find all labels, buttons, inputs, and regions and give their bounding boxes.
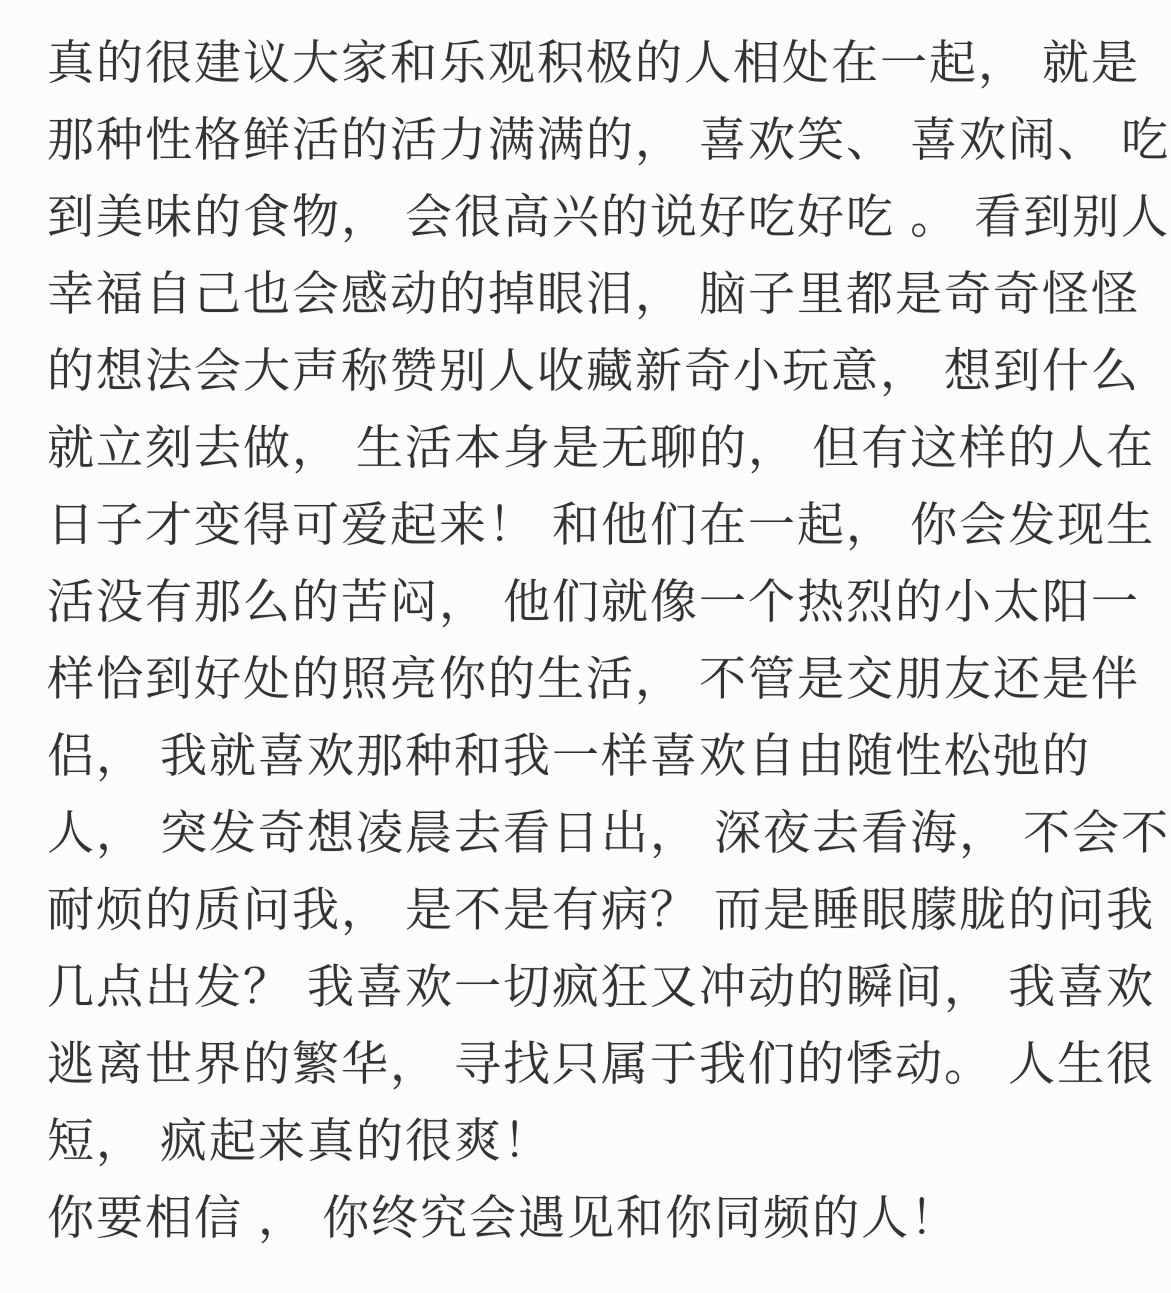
- text-line: 幸福自己也会感动的掉眼泪， 脑子里都是奇奇怪怪: [47, 255, 1133, 332]
- text-line: 短， 疯起来真的很爽！: [47, 1102, 1133, 1179]
- text-line: 几点出发？ 我喜欢一切疯狂又冲动的瞬间， 我喜欢: [47, 948, 1133, 1025]
- text-line: 真的很建议大家和乐观积极的人相处在一起， 就是: [47, 24, 1133, 101]
- text-line: 那种性格鲜活的活力满满的， 喜欢笑、 喜欢闹、 吃: [47, 101, 1133, 178]
- text-line: 到美味的食物， 会很高兴的说好吃好吃 。 看到别人: [47, 178, 1133, 255]
- text-line: 耐烦的质问我， 是不是有病？ 而是睡眼朦胧的问我: [47, 871, 1133, 948]
- text-line: 样恰到好处的照亮你的生活， 不管是交朋友还是伴: [47, 640, 1133, 717]
- text-line: 日子才变得可爱起来！ 和他们在一起， 你会发现生: [47, 486, 1133, 563]
- text-line: 的想法会大声称赞别人收藏新奇小玩意， 想到什么: [47, 332, 1133, 409]
- post-text: 真的很建议大家和乐观积极的人相处在一起， 就是 那种性格鲜活的活力满满的， 喜欢…: [0, 0, 1171, 1256]
- text-line: 就立刻去做， 生活本身是无聊的， 但有这样的人在: [47, 409, 1133, 486]
- text-line: 侣， 我就喜欢那种和我一样喜欢自由随性松弛的: [47, 717, 1133, 794]
- text-line: 逃离世界的繁华， 寻找只属于我们的悸动。 人生很: [47, 1025, 1133, 1102]
- text-line: 人， 突发奇想凌晨去看日出， 深夜去看海， 不会不: [47, 794, 1133, 871]
- text-line: 活没有那么的苦闷， 他们就像一个热烈的小太阳一: [47, 563, 1133, 640]
- text-line: 你要相信 ， 你终究会遇见和你同频的人！: [47, 1179, 1133, 1256]
